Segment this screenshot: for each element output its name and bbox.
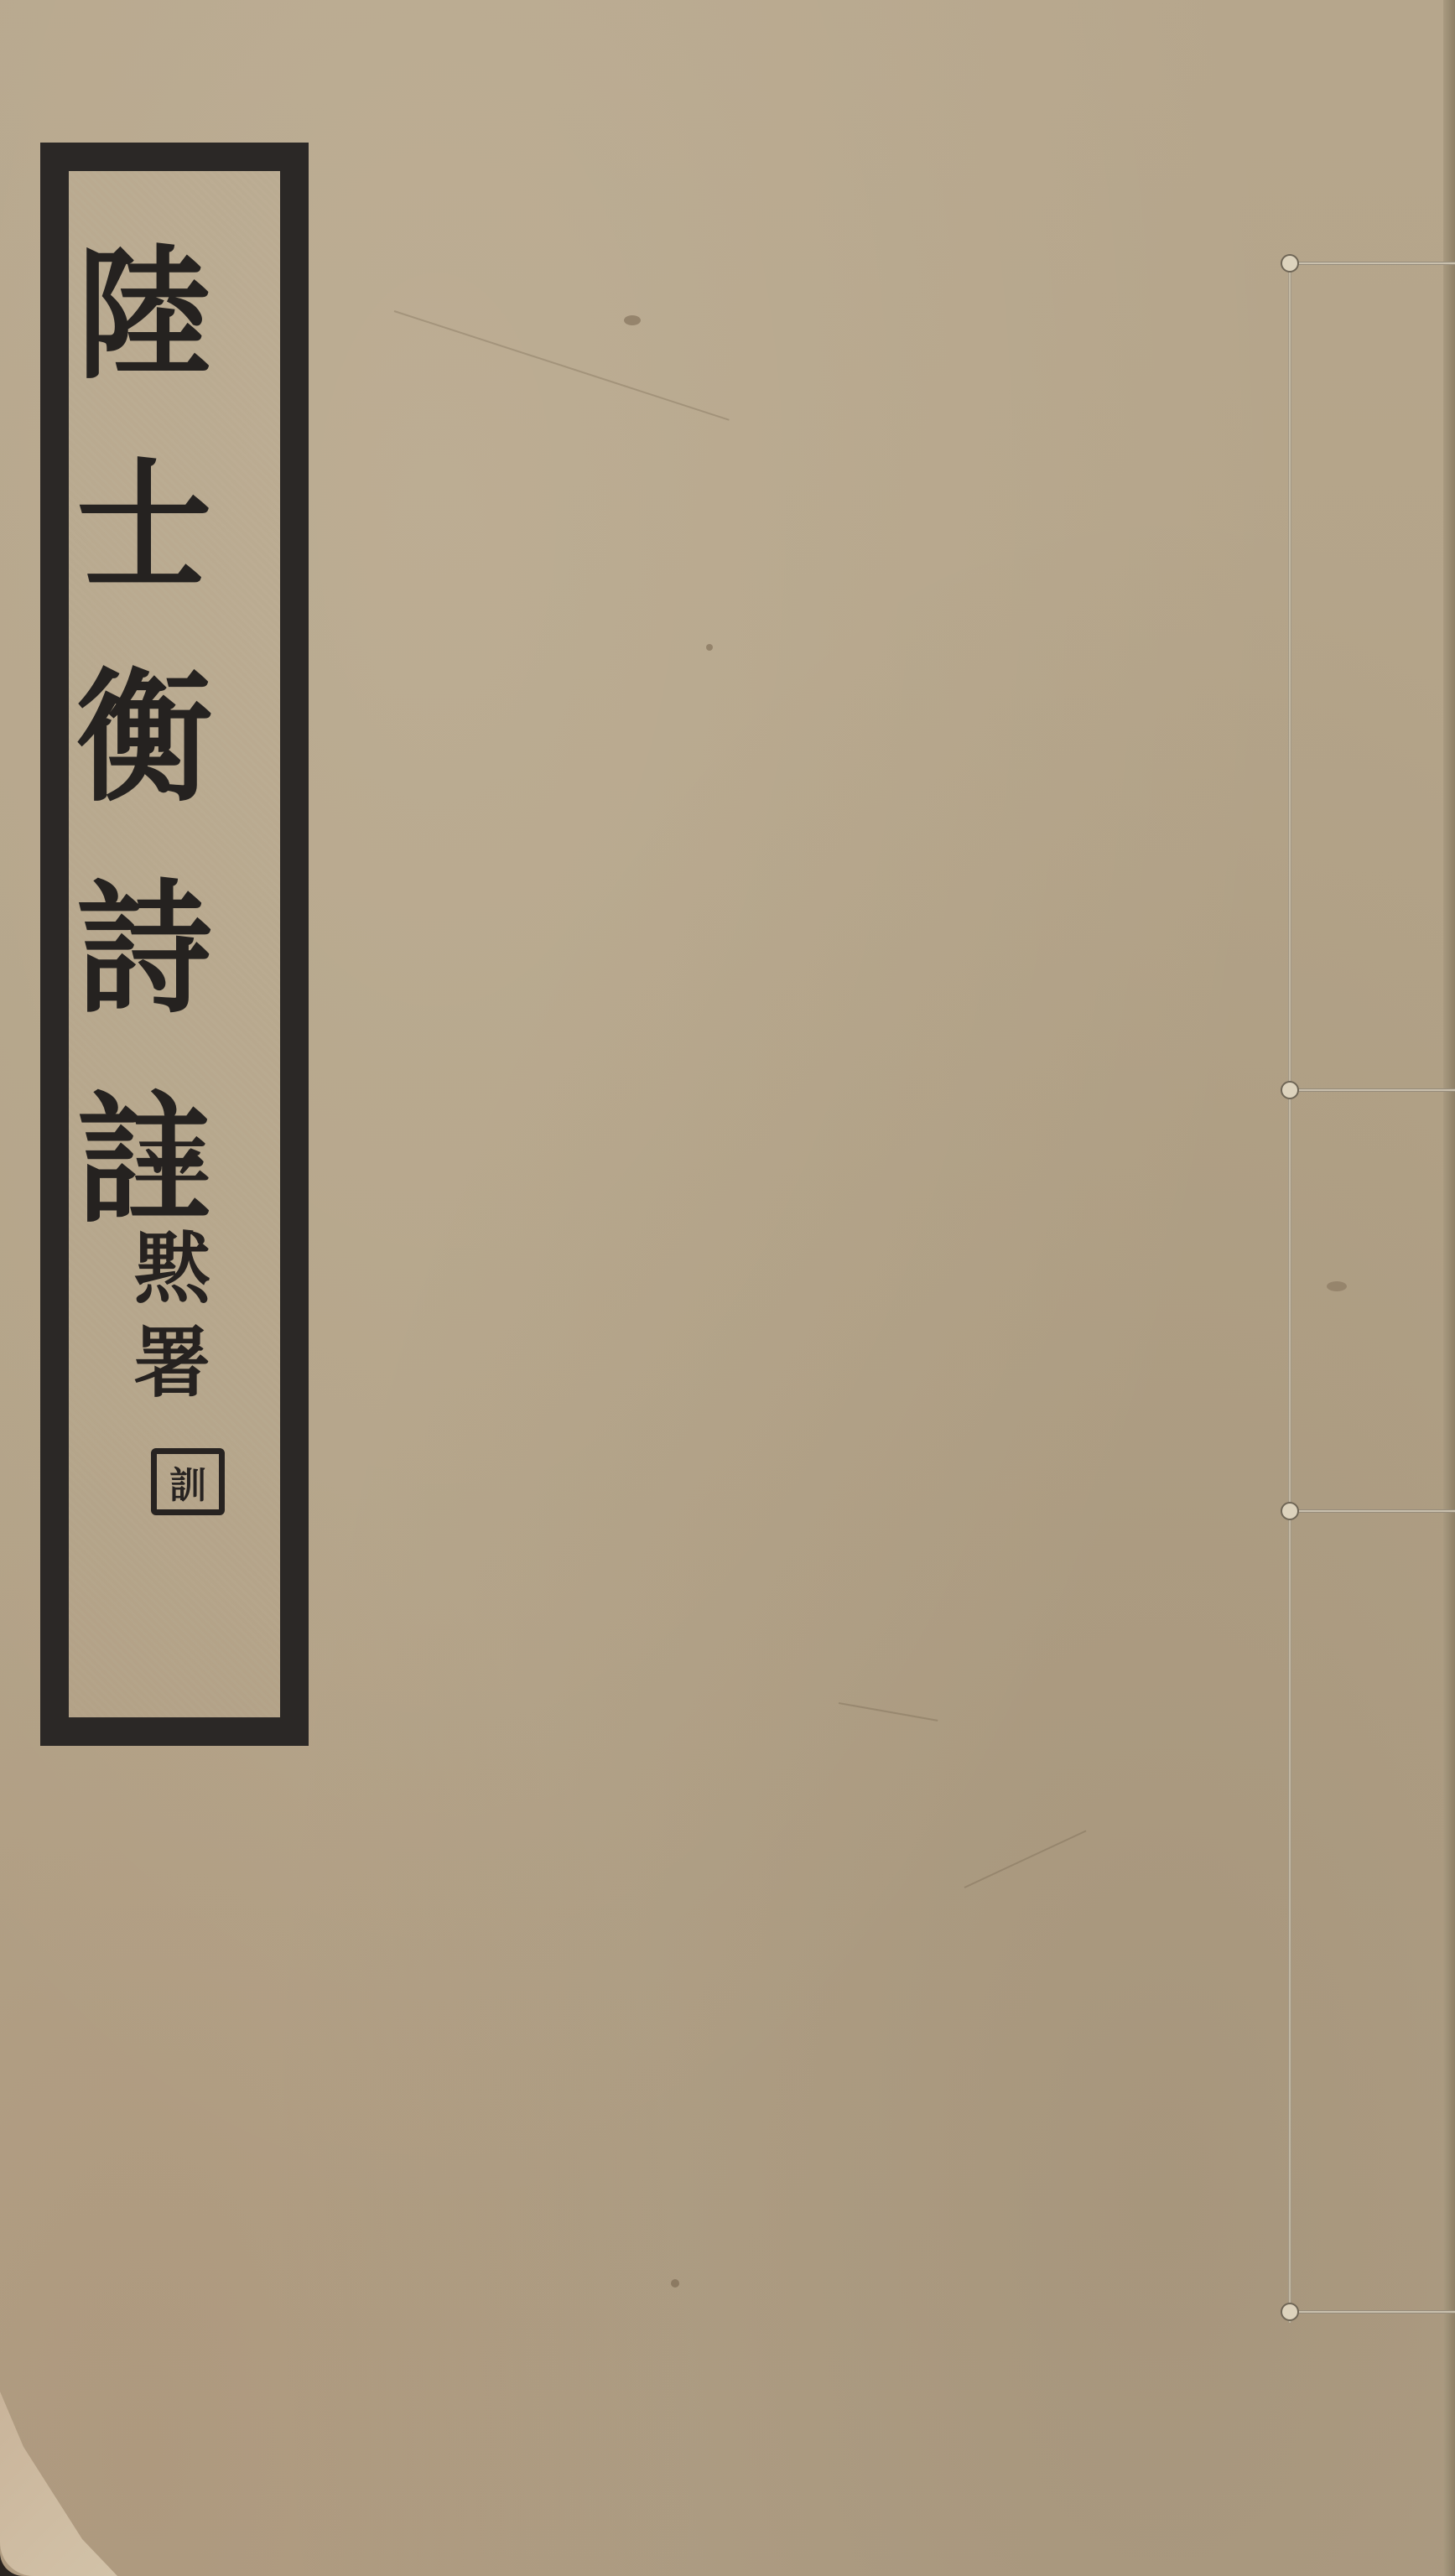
author-char: 黙 [133, 1222, 210, 1316]
title-char: 士 [76, 421, 212, 632]
thread-knot-icon [1282, 1083, 1297, 1098]
seal-text: 訓 [169, 1455, 206, 1509]
binding-stitch [1290, 262, 1455, 265]
paper-stain [706, 644, 713, 651]
worn-corner [0, 2392, 117, 2576]
thread-knot-icon [1282, 1504, 1297, 1519]
paper-stain [1327, 1281, 1347, 1291]
spine-edge [1443, 0, 1455, 2576]
binding-stitch [1290, 1088, 1455, 1092]
paper-crease [839, 1702, 938, 1722]
book-cover: 陸 士 衡 詩 註 平 黙 署 訓 [0, 0, 1455, 2576]
author-signature: 平 黙 署 [117, 1128, 226, 1410]
author-char: 平 [133, 1128, 210, 1222]
paper-crease [964, 1830, 1087, 1888]
title-char: 陸 [76, 210, 212, 421]
paper-crease [394, 310, 730, 421]
thread-knot-icon [1282, 2304, 1297, 2319]
paper-stain [671, 2279, 679, 2288]
binding-stitch [1290, 1509, 1455, 1513]
author-char: 署 [133, 1316, 210, 1410]
binding-stitch [1290, 2310, 1455, 2314]
paper-stain [624, 315, 641, 325]
binding-thread-vertical [1288, 260, 1291, 2323]
title-char: 詩 [76, 844, 212, 1055]
book-title: 陸 士 衡 詩 註 [60, 210, 228, 1266]
thread-knot-icon [1282, 256, 1297, 271]
seal-stamp-icon: 訓 [151, 1448, 225, 1515]
title-char: 衡 [76, 632, 212, 844]
